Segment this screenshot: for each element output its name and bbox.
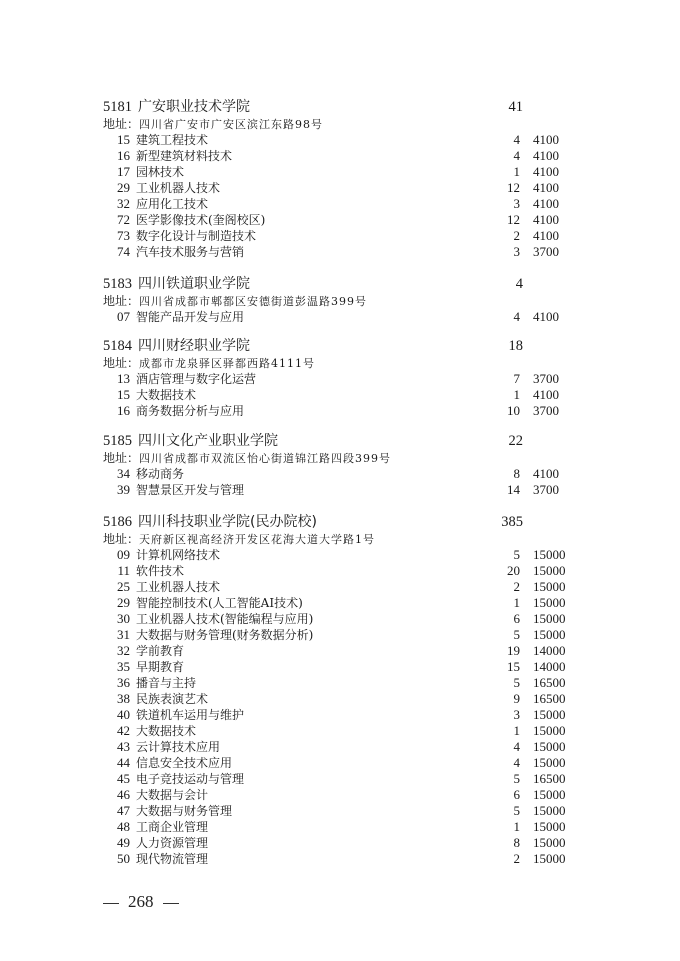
major-fee: 15000 [533, 787, 566, 803]
school-name: 四川财经职业学院 [138, 338, 250, 354]
major-count: 4 [514, 309, 521, 325]
address-label: 地址： [103, 294, 139, 308]
major-count: 1 [514, 387, 521, 403]
major-fee: 16500 [533, 675, 566, 691]
major-count: 5 [514, 803, 521, 819]
major-name: 软件技术 [136, 563, 184, 579]
major-fee: 4100 [533, 466, 559, 482]
school-total: 18 [509, 337, 524, 355]
major-row: 50现代物流管理215000 [103, 851, 573, 867]
major-name: 信息安全技术应用 [136, 755, 232, 771]
major-code: 16 [112, 148, 130, 164]
major-fee: 4100 [533, 164, 559, 180]
major-name: 应用化工技术 [136, 196, 208, 212]
major-fee: 3700 [533, 244, 559, 260]
school-total: 22 [509, 432, 524, 450]
major-code: 35 [112, 659, 130, 675]
major-row: 48工商企业管理115000 [103, 819, 573, 835]
school-code: 5184 [103, 338, 132, 354]
school-address: 地址：四川省广安市广安区滨江东路98号 [103, 116, 573, 132]
major-count: 14 [507, 482, 520, 498]
major-fee: 15000 [533, 835, 566, 851]
major-row: 43云计算技术应用415000 [103, 739, 573, 755]
address-label: 地址： [103, 117, 139, 131]
major-fee: 15000 [533, 819, 566, 835]
major-fee: 15000 [533, 739, 566, 755]
major-fee: 15000 [533, 547, 566, 563]
major-code: 11 [112, 563, 130, 579]
major-count: 7 [514, 371, 521, 387]
address-label: 地址： [103, 451, 139, 465]
major-code: 34 [112, 466, 130, 482]
school-header: 5186四川科技职业学院(民办院校) 385 [103, 513, 573, 531]
major-code: 46 [112, 787, 130, 803]
major-name: 商务数据分析与应用 [136, 403, 244, 419]
major-name: 工业机器人技术 [136, 579, 220, 595]
major-row: 40铁道机车运用与维护315000 [103, 707, 573, 723]
major-code: 25 [112, 579, 130, 595]
address-text: 四川省成都市郫都区安德街道彭温路399号 [139, 295, 367, 308]
major-count: 5 [514, 771, 521, 787]
major-count: 1 [514, 819, 521, 835]
major-count: 12 [507, 212, 520, 228]
major-row: 07智能产品开发与应用44100 [103, 309, 573, 325]
major-code: 43 [112, 739, 130, 755]
major-row: 49人力资源管理815000 [103, 835, 573, 851]
major-row: 32学前教育1914000 [103, 643, 573, 659]
major-row: 17园林技术14100 [103, 164, 573, 180]
major-row: 46大数据与会计615000 [103, 787, 573, 803]
major-row: 31大数据与财务管理(财务数据分析)515000 [103, 627, 573, 643]
major-name: 早期教育 [136, 659, 184, 675]
major-code: 74 [112, 244, 130, 260]
major-name: 汽车技术服务与营销 [136, 244, 244, 260]
major-count: 1 [514, 595, 521, 611]
major-code: 15 [112, 387, 130, 403]
left-dash [103, 903, 119, 904]
school-name: 四川铁道职业学院 [138, 276, 250, 292]
major-name: 人力资源管理 [136, 835, 208, 851]
major-count: 6 [514, 611, 521, 627]
school-block-5184: 5184四川财经职业学院 18 地址：成都市龙泉驿区驿都西路4111号 13酒店… [103, 337, 573, 419]
major-code: 47 [112, 803, 130, 819]
major-count: 3 [514, 244, 521, 260]
major-count: 6 [514, 787, 521, 803]
major-count: 2 [514, 851, 521, 867]
major-fee: 15000 [533, 707, 566, 723]
major-name: 大数据与会计 [136, 787, 208, 803]
school-address: 地址：四川省成都市双流区怡心街道锦江路四段399号 [103, 450, 573, 466]
school-block-5183: 5183四川铁道职业学院 4 地址：四川省成都市郫都区安德街道彭温路399号 0… [103, 275, 573, 325]
major-name: 工业机器人技术(智能编程与应用) [136, 611, 313, 627]
major-row: 73数字化设计与制造技术24100 [103, 228, 573, 244]
major-count: 20 [507, 563, 520, 579]
school-name: 广安职业技术学院 [138, 99, 250, 115]
major-code: 16 [112, 403, 130, 419]
school-header: 5185四川文化产业职业学院 22 [103, 432, 573, 450]
major-row: 74汽车技术服务与营销33700 [103, 244, 573, 260]
school-code: 5185 [103, 433, 132, 449]
major-fee: 3700 [533, 482, 559, 498]
major-name: 智慧景区开发与管理 [136, 482, 244, 498]
major-count: 4 [514, 755, 521, 771]
major-name: 大数据与财务管理 [136, 803, 232, 819]
major-fee: 16500 [533, 771, 566, 787]
major-code: 30 [112, 611, 130, 627]
major-name: 民族表演艺术 [136, 691, 208, 707]
major-name: 大数据技术 [136, 387, 196, 403]
major-row: 38民族表演艺术916500 [103, 691, 573, 707]
major-count: 9 [514, 691, 521, 707]
major-code: 38 [112, 691, 130, 707]
major-count: 5 [514, 547, 521, 563]
document-page: 5181广安职业技术学院 41 地址：四川省广安市广安区滨江东路98号 15建筑… [0, 0, 680, 961]
major-name: 学前教育 [136, 643, 184, 659]
major-name: 智能控制技术(人工智能AI技术) [136, 595, 303, 611]
school-header: 5184四川财经职业学院 18 [103, 337, 573, 355]
major-code: 39 [112, 482, 130, 498]
major-row: 35早期教育1514000 [103, 659, 573, 675]
major-count: 8 [514, 835, 521, 851]
major-name: 智能产品开发与应用 [136, 309, 244, 325]
major-name: 电子竞技运动与管理 [136, 771, 244, 787]
major-code: 50 [112, 851, 130, 867]
major-row: 29智能控制技术(人工智能AI技术)115000 [103, 595, 573, 611]
major-code: 29 [112, 180, 130, 196]
address-text: 四川省成都市双流区怡心街道锦江路四段399号 [139, 452, 391, 465]
school-address: 地址：天府新区视高经济开发区花海大道大学路1号 [103, 531, 573, 547]
major-count: 4 [514, 132, 521, 148]
major-row: 42大数据技术115000 [103, 723, 573, 739]
major-code: 36 [112, 675, 130, 691]
major-name: 计算机网络技术 [136, 547, 220, 563]
major-row: 72医学影像技术(奎阁校区)124100 [103, 212, 573, 228]
major-count: 12 [507, 180, 520, 196]
school-address: 地址：成都市龙泉驿区驿都西路4111号 [103, 355, 573, 371]
major-code: 32 [112, 196, 130, 212]
major-name: 移动商务 [136, 466, 184, 482]
major-code: 29 [112, 595, 130, 611]
major-count: 4 [514, 148, 521, 164]
major-row: 15建筑工程技术44100 [103, 132, 573, 148]
major-row: 25工业机器人技术215000 [103, 579, 573, 595]
major-row: 16商务数据分析与应用103700 [103, 403, 573, 419]
major-name: 数字化设计与制造技术 [136, 228, 256, 244]
major-code: 44 [112, 755, 130, 771]
major-fee: 4100 [533, 228, 559, 244]
major-fee: 15000 [533, 803, 566, 819]
major-row: 15大数据技术14100 [103, 387, 573, 403]
school-block-5181: 5181广安职业技术学院 41 地址：四川省广安市广安区滨江东路98号 15建筑… [103, 98, 573, 260]
major-row: 13酒店管理与数字化运营73700 [103, 371, 573, 387]
major-name: 工业机器人技术 [136, 180, 220, 196]
school-total: 4 [516, 275, 523, 293]
school-total: 385 [501, 513, 523, 531]
school-block-5186: 5186四川科技职业学院(民办院校) 385 地址：天府新区视高经济开发区花海大… [103, 513, 573, 867]
major-code: 31 [112, 627, 130, 643]
major-fee: 15000 [533, 627, 566, 643]
school-name: 四川文化产业职业学院 [138, 433, 278, 449]
page-footer: 268 [103, 892, 179, 912]
major-code: 45 [112, 771, 130, 787]
major-code: 09 [112, 547, 130, 563]
major-code: 07 [112, 309, 130, 325]
major-code: 13 [112, 371, 130, 387]
major-count: 5 [514, 627, 521, 643]
major-name: 医学影像技术(奎阁校区) [136, 212, 265, 228]
major-row: 47大数据与财务管理515000 [103, 803, 573, 819]
address-text: 天府新区视高经济开发区花海大道大学路1号 [139, 533, 375, 546]
major-code: 73 [112, 228, 130, 244]
page-number: 268 [128, 892, 154, 911]
major-count: 10 [507, 403, 520, 419]
major-fee: 3700 [533, 403, 559, 419]
major-name: 铁道机车运用与维护 [136, 707, 244, 723]
major-count: 2 [514, 579, 521, 595]
major-code: 49 [112, 835, 130, 851]
major-fee: 4100 [533, 387, 559, 403]
major-name: 建筑工程技术 [136, 132, 208, 148]
school-block-5185: 5185四川文化产业职业学院 22 地址：四川省成都市双流区怡心街道锦江路四段3… [103, 432, 573, 498]
major-row: 34移动商务84100 [103, 466, 573, 482]
major-code: 15 [112, 132, 130, 148]
major-count: 3 [514, 707, 521, 723]
major-row: 44信息安全技术应用415000 [103, 755, 573, 771]
major-code: 17 [112, 164, 130, 180]
major-code: 72 [112, 212, 130, 228]
major-code: 40 [112, 707, 130, 723]
school-address: 地址：四川省成都市郫都区安德街道彭温路399号 [103, 293, 573, 309]
major-fee: 15000 [533, 723, 566, 739]
major-name: 酒店管理与数字化运营 [136, 371, 256, 387]
major-count: 4 [514, 739, 521, 755]
major-fee: 4100 [533, 180, 559, 196]
major-row: 39智慧景区开发与管理143700 [103, 482, 573, 498]
major-name: 大数据技术 [136, 723, 196, 739]
major-fee: 4100 [533, 309, 559, 325]
major-count: 19 [507, 643, 520, 659]
school-name: 四川科技职业学院(民办院校) [138, 514, 317, 530]
major-fee: 16500 [533, 691, 566, 707]
major-row: 36播音与主持516500 [103, 675, 573, 691]
major-name: 园林技术 [136, 164, 184, 180]
major-fee: 15000 [533, 611, 566, 627]
major-fee: 14000 [533, 659, 566, 675]
major-row: 09计算机网络技术515000 [103, 547, 573, 563]
major-fee: 3700 [533, 371, 559, 387]
major-fee: 15000 [533, 595, 566, 611]
address-label: 地址： [103, 356, 139, 370]
school-total: 41 [509, 98, 524, 116]
major-count: 3 [514, 196, 521, 212]
major-code: 42 [112, 723, 130, 739]
major-fee: 4100 [533, 196, 559, 212]
major-count: 5 [514, 675, 521, 691]
address-text: 成都市龙泉驿区驿都西路4111号 [139, 357, 315, 370]
major-row: 45电子竞技运动与管理516500 [103, 771, 573, 787]
major-name: 云计算技术应用 [136, 739, 220, 755]
major-name: 播音与主持 [136, 675, 196, 691]
major-count: 2 [514, 228, 521, 244]
major-code: 32 [112, 643, 130, 659]
major-fee: 4100 [533, 148, 559, 164]
major-row: 11软件技术2015000 [103, 563, 573, 579]
major-count: 8 [514, 466, 521, 482]
major-name: 新型建筑材料技术 [136, 148, 232, 164]
major-row: 30工业机器人技术(智能编程与应用)615000 [103, 611, 573, 627]
major-name: 现代物流管理 [136, 851, 208, 867]
school-code: 5181 [103, 99, 132, 115]
major-count: 1 [514, 164, 521, 180]
major-count: 15 [507, 659, 520, 675]
school-code: 5186 [103, 514, 132, 530]
major-code: 48 [112, 819, 130, 835]
major-fee: 15000 [533, 851, 566, 867]
school-code: 5183 [103, 276, 132, 292]
major-row: 16新型建筑材料技术44100 [103, 148, 573, 164]
major-fee: 15000 [533, 563, 566, 579]
address-text: 四川省广安市广安区滨江东路98号 [139, 118, 323, 131]
school-header: 5183四川铁道职业学院 4 [103, 275, 573, 293]
address-label: 地址： [103, 532, 139, 546]
major-row: 29工业机器人技术124100 [103, 180, 573, 196]
major-fee: 15000 [533, 755, 566, 771]
right-dash [163, 903, 179, 904]
major-fee: 14000 [533, 643, 566, 659]
major-fee: 4100 [533, 212, 559, 228]
school-header: 5181广安职业技术学院 41 [103, 98, 573, 116]
major-row: 32应用化工技术34100 [103, 196, 573, 212]
major-fee: 4100 [533, 132, 559, 148]
major-fee: 15000 [533, 579, 566, 595]
major-name: 大数据与财务管理(财务数据分析) [136, 627, 313, 643]
major-count: 1 [514, 723, 521, 739]
major-name: 工商企业管理 [136, 819, 208, 835]
